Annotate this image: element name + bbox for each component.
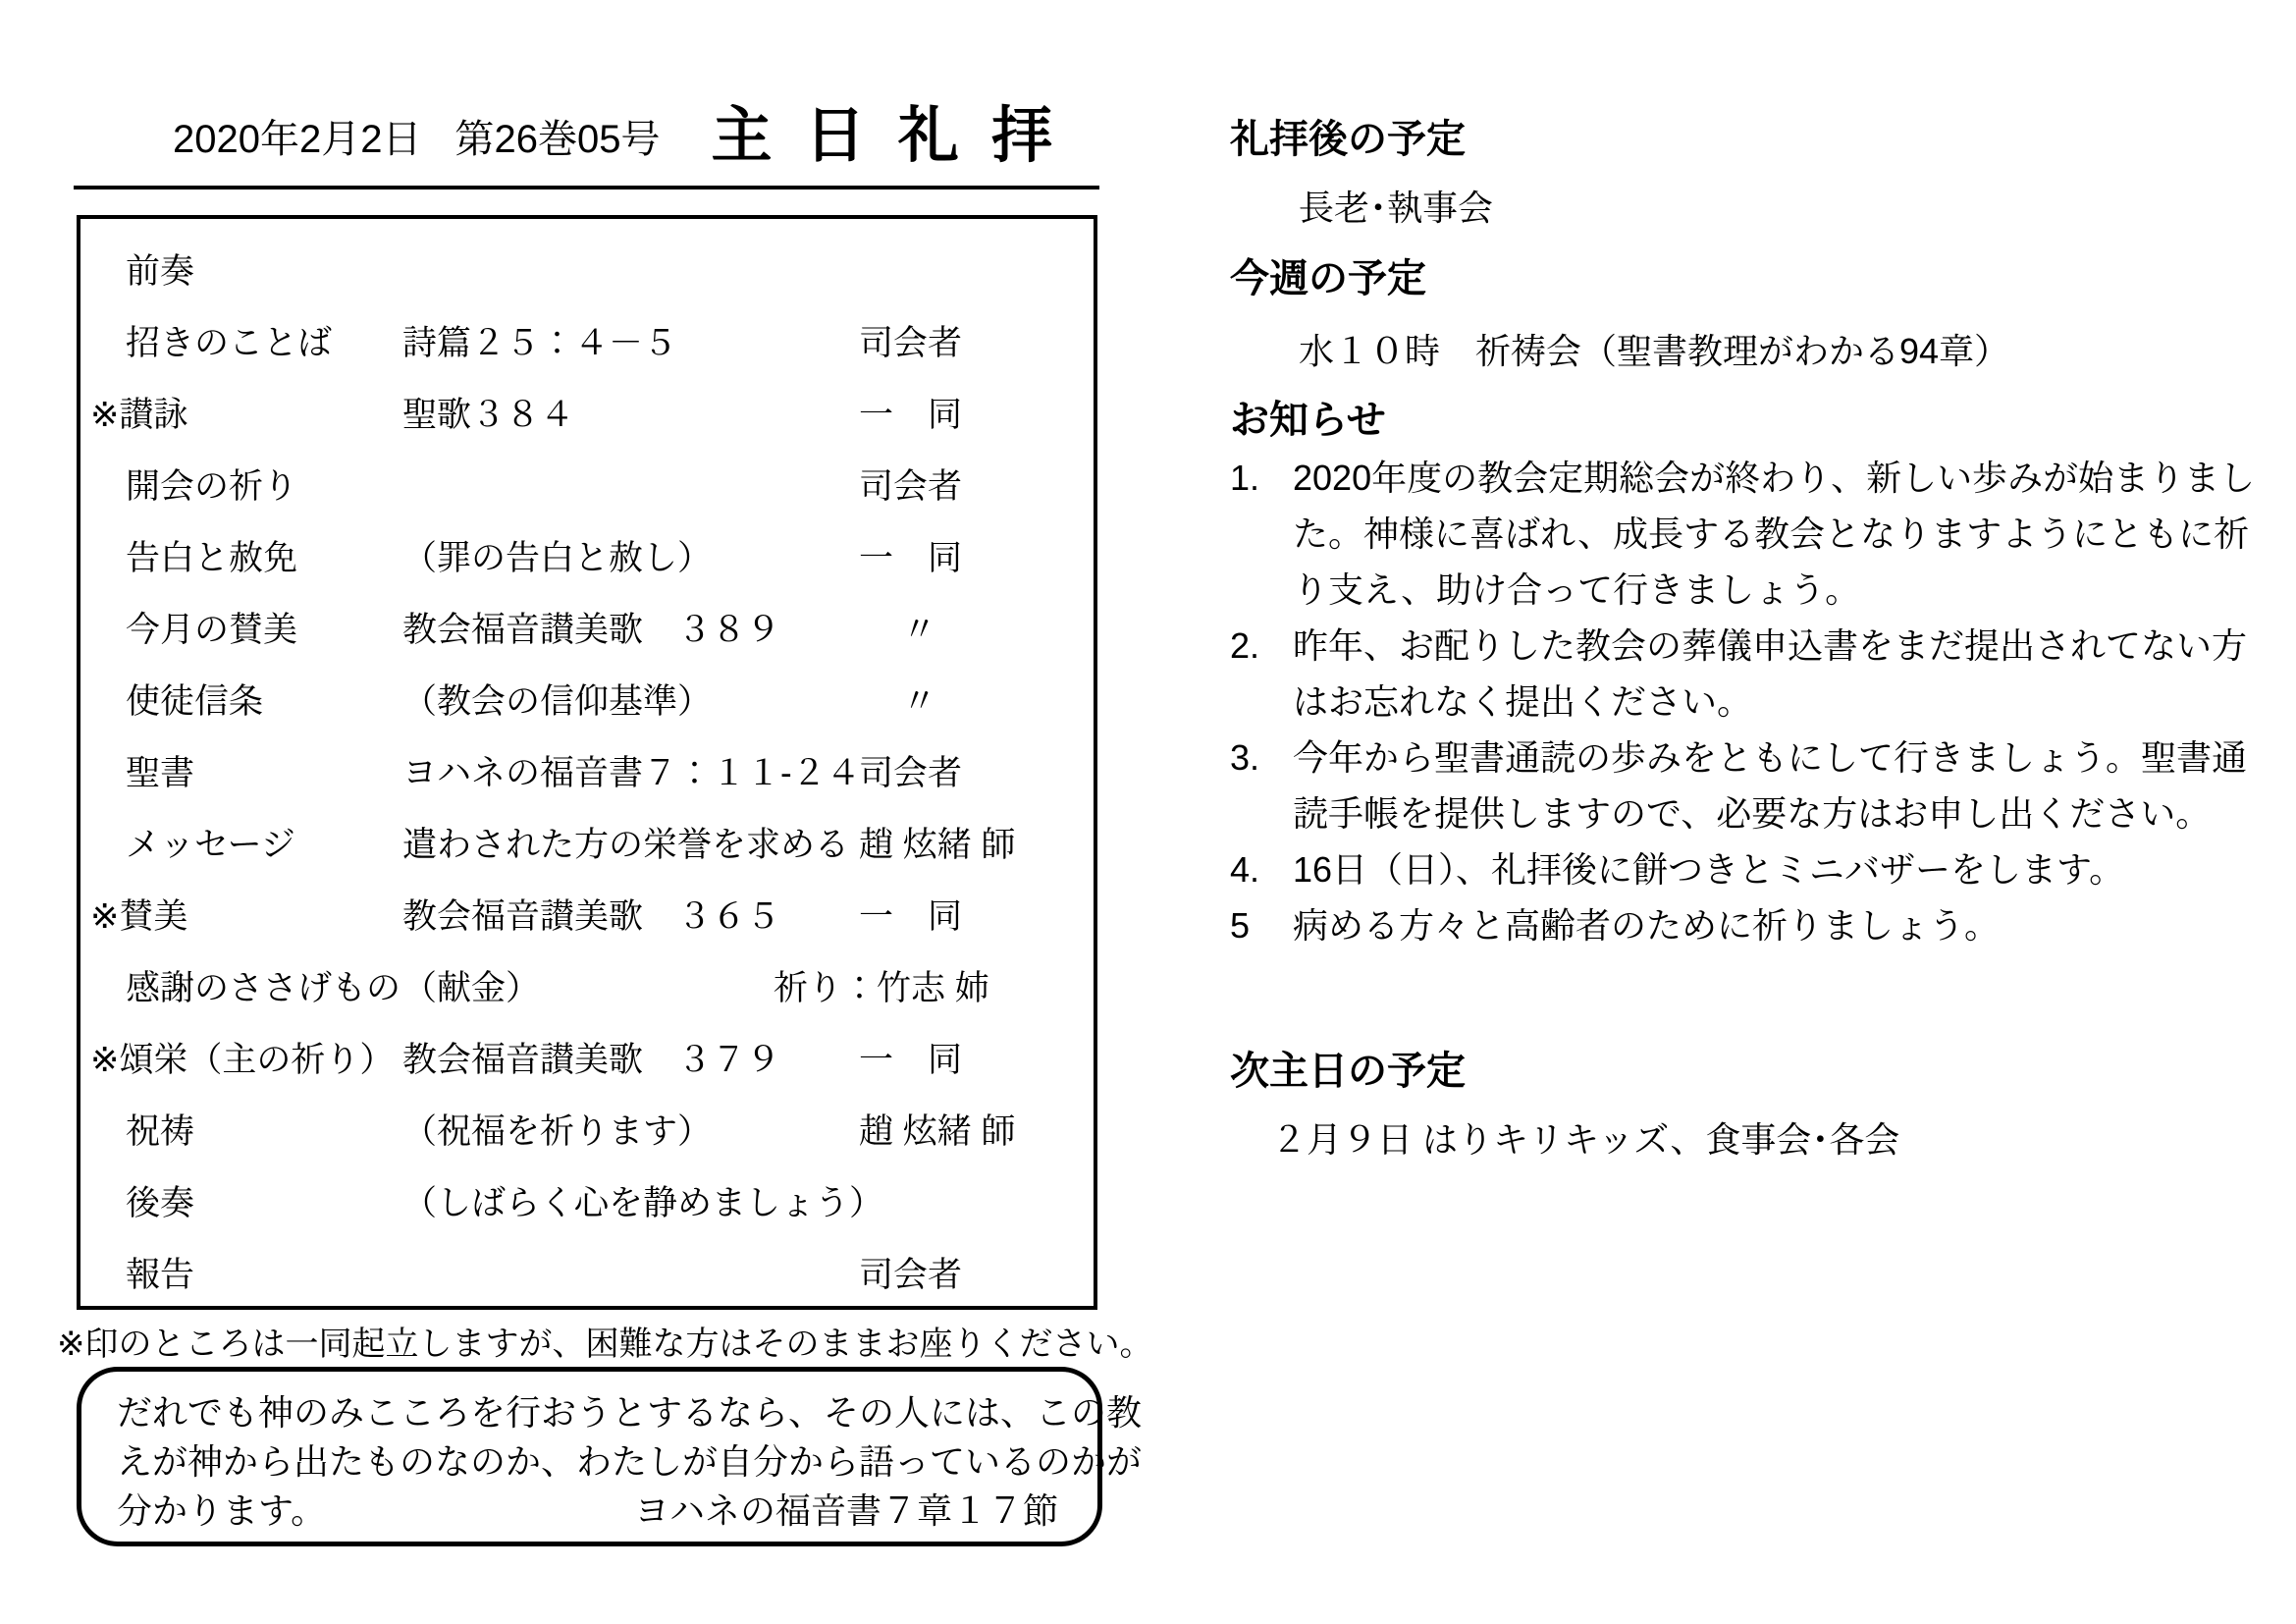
announcement-number: 5 (1230, 897, 1293, 953)
program-row: 今月の賛美 教会福音讃美歌 ３８９ 〃 (126, 591, 1094, 663)
after-worship-item: 長老･執事会 (1230, 187, 2270, 230)
program-row: ※頌栄（主の祈り） 教会福音讃美歌 ３７９ 一 同 (126, 1021, 1094, 1093)
bulletin-header: 2020年2月2日 第26巻05号 主 日 礼 拝 (173, 106, 1060, 167)
program-item-label: 使徒信条 (126, 675, 402, 724)
program-item-performer: 〃 (859, 603, 1094, 652)
bulletin-page: 2020年2月2日 第26巻05号 主 日 礼 拝 前奏 招きのことば 詩篇２５… (0, 0, 2296, 1624)
announcement-text: 16日（日）、礼拝後に餅つきとミニバザーをします。 (1293, 841, 2260, 897)
section-title-this-week: 今週の予定 (1230, 255, 2270, 302)
verse-line: だれでも神のみこころを行おうとするなら、その人には、この教 (117, 1388, 1058, 1437)
program-item-content: （祝福を祈ります） (402, 1105, 859, 1154)
announcement-text: 病める方々と高齢者のために祈りましょう。 (1293, 897, 2260, 953)
announcement-text: 今年から聖書通読の歩みをともにして行きましょう。聖書通読手帳を提供しますので、必… (1293, 730, 2260, 841)
program-item-performer: 一 同 (859, 890, 1094, 939)
program-item-label: 祝祷 (126, 1105, 402, 1154)
program-row: ※讃詠 聖歌３８４ 一 同 (126, 376, 1094, 448)
verse-line: えが神から出たものなのか、わたしが自分から語っているのかが (117, 1437, 1058, 1487)
next-sunday-item: ２月９日 はりキリキッズ、食事会･各会 (1230, 1118, 2270, 1162)
issue-date: 2020年2月2日 (173, 120, 421, 167)
program-item-content: （教会の信仰基準） (402, 675, 859, 724)
announcement-number: 3. (1230, 730, 1293, 785)
program-row: 聖書 ヨハネの福音書７：１１-２４ 司会者 (126, 734, 1094, 806)
program-item-label: ※讃詠 (90, 388, 402, 437)
page-title: 主 日 礼 拝 (711, 106, 1060, 167)
program-row: メッセージ 遣わされた方の栄誉を求める 趙 炫緒 師 (126, 806, 1094, 878)
this-week-item: 水１０時 祈祷会（聖書教理がわかる94章） (1230, 330, 2270, 373)
announcement-item: 2. 昨年、お配りした教会の葬儀申込書をまだ提出されてない方はお忘れなく提出くだ… (1230, 618, 2270, 730)
program-item-content: 詩篇２５：４－５ (402, 316, 859, 365)
program-item-label: ※頌栄（主の祈り） (90, 1033, 402, 1082)
program-item-content: 教会福音讃美歌 ３８９ (402, 603, 859, 652)
program-row: 後奏 （しばらく心を静めましょう） (126, 1164, 1094, 1236)
program-row: ※賛美 教会福音讃美歌 ３６５ 一 同 (126, 878, 1094, 949)
program-row: 開会の祈り 司会者 (126, 448, 1094, 519)
header-divider (74, 186, 1099, 189)
program-item-performer: 一 同 (859, 1033, 1094, 1082)
program-item-performer: 司会者 (859, 746, 1094, 795)
announcement-item: 3. 今年から聖書通読の歩みをともにして行きましょう。聖書通読手帳を提供しますの… (1230, 730, 2270, 841)
program-item-performer: 司会者 (859, 316, 1094, 365)
program-item-content: （罪の告白と赦し） (402, 531, 859, 580)
section-title-announcements: お知らせ (1230, 397, 2270, 444)
standing-note: ※印のところは一同起立しますが、困難な方はそのままお座りください。 (57, 1317, 1153, 1365)
program-row: 告白と赦免 （罪の告白と赦し） 一 同 (126, 519, 1094, 591)
program-item-label: ※賛美 (90, 890, 402, 939)
announcement-text: 昨年、お配りした教会の葬儀申込書をまだ提出されてない方はお忘れなく提出ください。 (1293, 618, 2260, 730)
program-item-content: ヨハネの福音書７：１１-２４ (402, 746, 859, 795)
announcement-number: 2. (1230, 618, 1293, 674)
program-item-performer: 司会者 (859, 460, 1094, 509)
right-column: 礼拝後の予定 長老･執事会 今週の予定 水１０時 祈祷会（聖書教理がわかる94章… (1230, 116, 2270, 1162)
verse-line: 分かります。 (117, 1487, 326, 1536)
program-item-performer: 一 同 (859, 388, 1094, 437)
program-item-content: 教会福音讃美歌 ３７９ (402, 1033, 859, 1082)
program-item-performer: 趙 炫緒 師 (859, 818, 1094, 867)
announcement-item: 1. 2020年度の教会定期総会が終わり、新しい歩みが始まりました。神様に喜ばれ… (1230, 450, 2270, 618)
issue-number: 第26巻05号 (454, 120, 660, 167)
program-item-content: （しばらく心を静めましょう） (402, 1176, 859, 1225)
program-row: 祝祷 （祝福を祈ります） 趙 炫緒 師 (126, 1093, 1094, 1164)
program-item-label: 後奏 (126, 1176, 402, 1225)
program-item-label: 招きのことば (126, 316, 402, 365)
section-title-after-worship: 礼拝後の予定 (1230, 116, 2270, 163)
announcement-number: 4. (1230, 841, 1293, 897)
announcement-item: 5 病める方々と高齢者のために祈りましょう。 (1230, 897, 2270, 953)
program-item-label: メッセージ (126, 818, 402, 867)
program-item-performer: 司会者 (859, 1248, 1094, 1297)
program-row: 招きのことば 詩篇２５：４－５ 司会者 (126, 304, 1094, 376)
program-item-label: 聖書 (126, 746, 402, 795)
program-item-label: 報告 (126, 1248, 402, 1297)
program-item-performer: 一 同 (859, 531, 1094, 580)
announcement-number: 1. (1230, 450, 1293, 506)
announcement-text: 2020年度の教会定期総会が終わり、新しい歩みが始まりました。神様に喜ばれ、成長… (1293, 450, 2260, 618)
program-item-content: 遣わされた方の栄誉を求める (402, 818, 859, 867)
program-item-performer: 〃 (859, 675, 1094, 724)
section-title-next-sunday: 次主日の予定 (1230, 1048, 2270, 1095)
announcement-list: 1. 2020年度の教会定期総会が終わり、新しい歩みが始まりました。神様に喜ばれ… (1230, 450, 2270, 953)
program-item-label: 開会の祈り (126, 460, 402, 509)
program-item-label: 前奏 (126, 244, 402, 294)
program-row: 前奏 (126, 233, 1094, 304)
program-item-label: 感謝のささげもの (126, 961, 402, 1010)
worship-program-table: 前奏 招きのことば 詩篇２５：４－５ 司会者 ※讃詠 聖歌３８４ 一 同 開会の… (77, 215, 1097, 1310)
program-row: 報告 司会者 (126, 1236, 1094, 1308)
verse-reference: ヨハネの福音書７章１７節 (634, 1487, 1058, 1536)
program-item-performer: 趙 炫緒 師 (859, 1105, 1094, 1154)
program-item-content: 教会福音讃美歌 ３６５ (402, 890, 859, 939)
verse-last-line: 分かります。 ヨハネの福音書７章１７節 (117, 1487, 1058, 1536)
verse-box: だれでも神のみこころを行おうとするなら、その人には、この教 えが神から出たものな… (77, 1367, 1102, 1546)
announcement-item: 4. 16日（日）、礼拝後に餅つきとミニバザーをします。 (1230, 841, 2270, 897)
program-item-performer: 祈り：竹志 姉 (774, 961, 1094, 1010)
program-item-label: 告白と赦免 (126, 531, 402, 580)
program-item-content: 聖歌３８４ (402, 388, 859, 437)
program-row: 使徒信条 （教会の信仰基準） 〃 (126, 663, 1094, 734)
program-row: 感謝のささげもの （献金） 祈り：竹志 姉 (126, 949, 1094, 1021)
program-item-label: 今月の賛美 (126, 603, 402, 652)
